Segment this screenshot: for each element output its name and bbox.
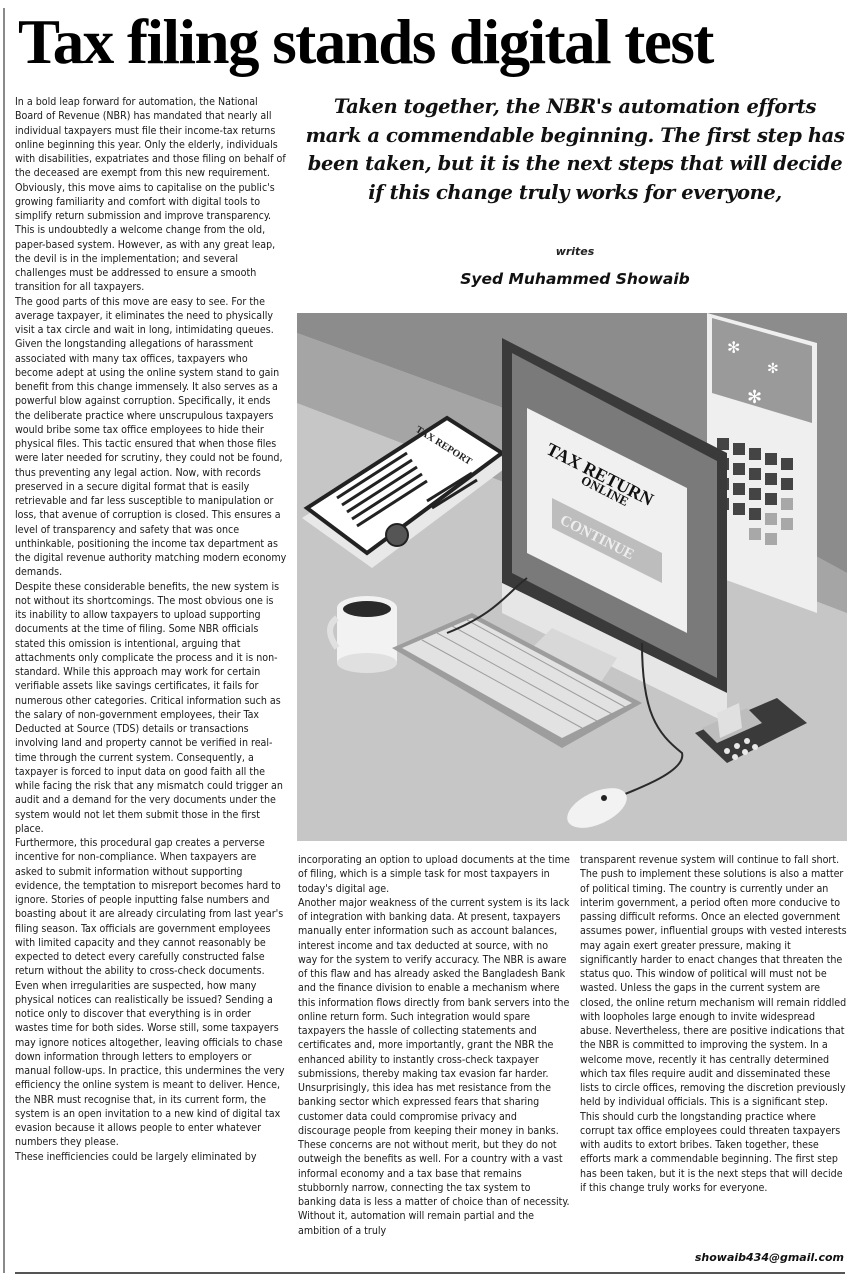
byline-writes: writes — [305, 245, 845, 258]
paragraph: transparent revenue system will continue… — [580, 853, 848, 867]
illustration-svg: ✻ ✻ ✻ TAX REPORT — [297, 313, 847, 841]
article-column-1: In a bold leap forward for automation, t… — [15, 95, 287, 1164]
article-column-2: incorporating an option to upload docume… — [298, 853, 570, 1238]
headline: Tax filing stands digital test — [18, 4, 848, 80]
svg-text:✻: ✻ — [727, 338, 740, 357]
paragraph: These inefficiencies could be largely el… — [15, 1150, 287, 1164]
paragraph: Unsurprisingly, this idea has met resist… — [298, 1081, 570, 1238]
bottom-rule — [15, 1272, 845, 1274]
left-column-rule — [3, 8, 5, 1273]
article-column-3: transparent revenue system will continue… — [580, 853, 848, 1195]
illustration-tax-return-online: ✻ ✻ ✻ TAX REPORT — [297, 313, 847, 841]
svg-text:✻: ✻ — [747, 387, 762, 408]
paragraph: The good parts of this move are easy to … — [15, 295, 287, 580]
byline-author: Syed Muhammed Showaib — [305, 270, 845, 288]
paragraph: In a bold leap forward for automation, t… — [15, 95, 287, 295]
svg-text:✻: ✻ — [767, 361, 779, 377]
paragraph: Despite these considerable benefits, the… — [15, 580, 287, 837]
paragraph: incorporating an option to upload docume… — [298, 853, 570, 896]
paragraph: Furthermore, this procedural gap creates… — [15, 836, 287, 1150]
paragraph: The push to implement these solutions is… — [580, 867, 848, 1195]
coffee-mug-icon — [330, 596, 397, 673]
author-email: showaib434@gmail.com — [695, 1251, 844, 1264]
pull-quote: Taken together, the NBR's automation eff… — [305, 93, 845, 207]
paragraph: Another major weakness of the current sy… — [298, 896, 570, 1081]
